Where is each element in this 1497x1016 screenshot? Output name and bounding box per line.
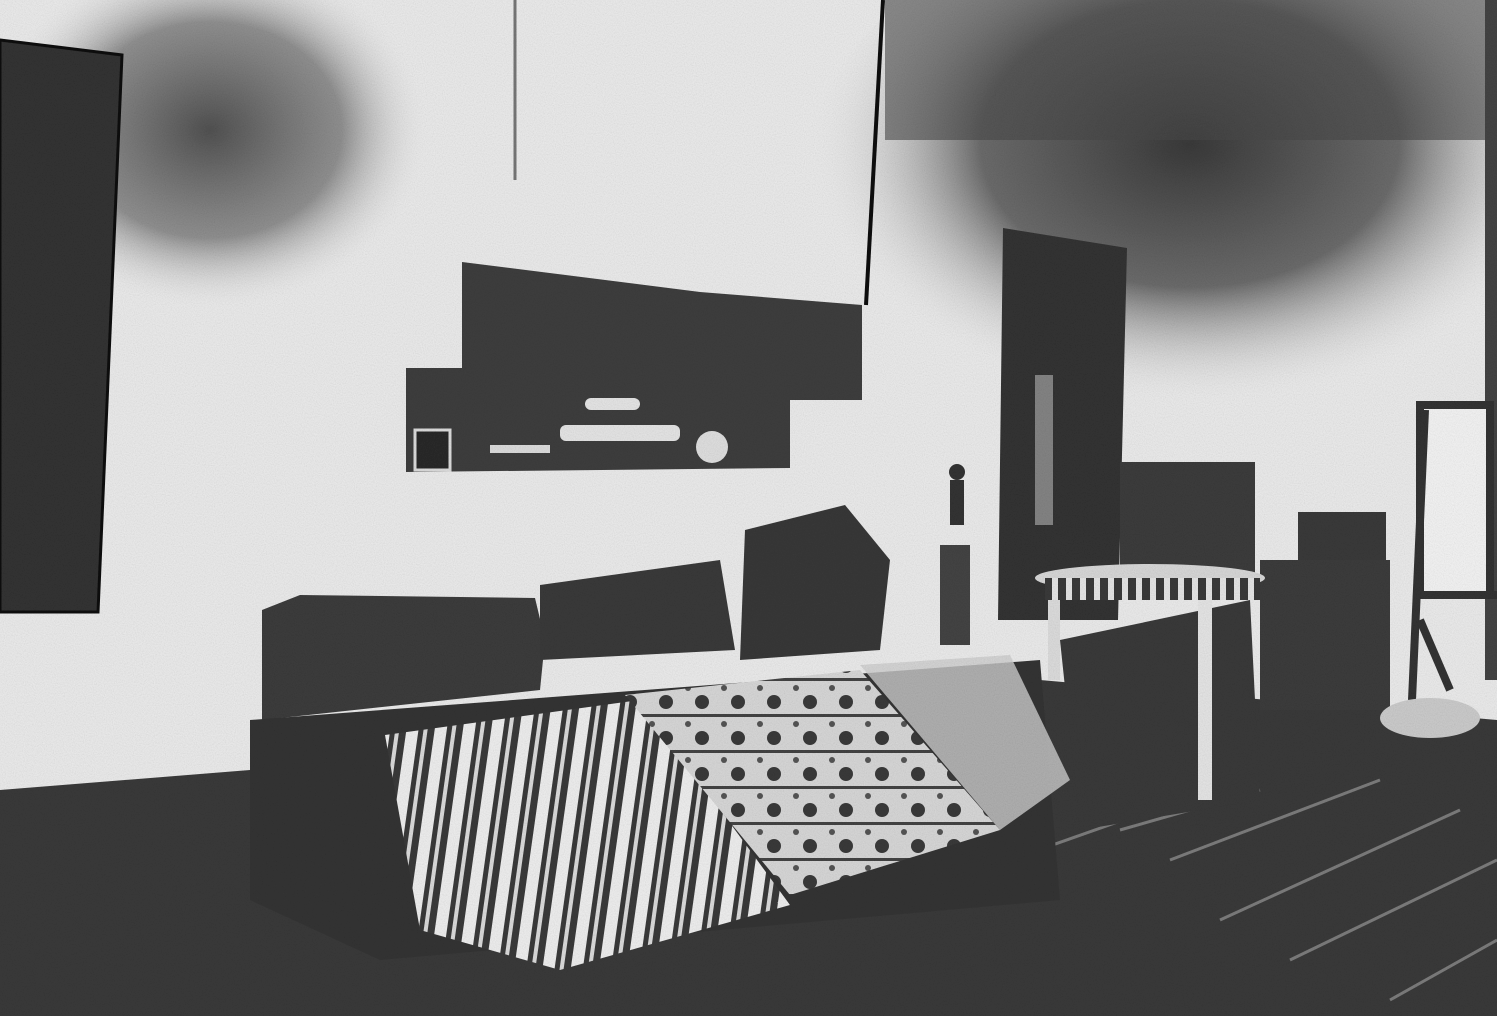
photograph: Grainy black-and-white photograph of an … bbox=[0, 0, 1497, 1016]
doorway bbox=[998, 228, 1127, 620]
scene-drawing bbox=[0, 0, 1497, 1016]
